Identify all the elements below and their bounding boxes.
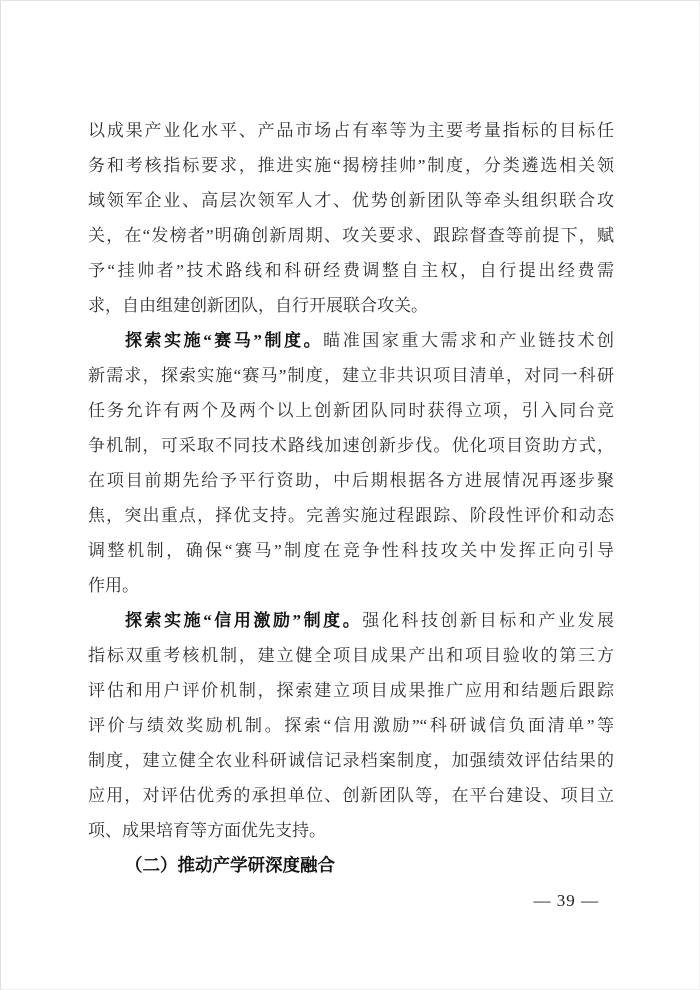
text-line: 求，自由组建创新团队，自行开展联合攻关。 bbox=[88, 288, 614, 323]
paragraph-first-line: 探索实施“信用激励”制度。强化科技创新目标和产业发展 bbox=[88, 603, 614, 638]
text-line: 域领军企业、高层次领军人才、优势创新团队等牵头组织联合攻 bbox=[88, 183, 614, 218]
text-line: 指标双重考核机制，建立健全项目成果产出和项目验收的第三方 bbox=[88, 638, 614, 673]
section-heading: （二）推动产学研深度融合 bbox=[88, 848, 614, 883]
text-line: 应用，对评估优秀的承担单位、创新团队等，在平台建设、项目立 bbox=[88, 778, 614, 813]
text-line: 调整机制，确保“赛马”制度在竞争性科技攻关中发挥正向引导 bbox=[88, 533, 614, 568]
paragraph-lead-rest: 瞄准国家重大需求和产业链技术创 bbox=[323, 331, 614, 350]
text-line: 焦，突出重点，择优支持。完善实施过程跟踪、阶段性评价和动态 bbox=[88, 498, 614, 533]
text-line: 作用。 bbox=[88, 568, 614, 603]
text-line: 予“挂帅者”技术路线和科研经费调整自主权，自行提出经费需 bbox=[88, 253, 614, 288]
text-line: 关，在“发榜者”明确创新周期、攻关要求、跟踪督查等前提下，赋 bbox=[88, 218, 614, 253]
text-line: 务和考核指标要求，推进实施“揭榜挂帅”制度，分类遴选相关领 bbox=[88, 148, 614, 183]
text-line: 项、成果培育等方面优先支持。 bbox=[88, 813, 614, 848]
text-line: 评估和用户评价机制，探索建立项目成果推广应用和结题后跟踪 bbox=[88, 673, 614, 708]
page-number: — 39 — bbox=[534, 889, 600, 913]
paragraph-lead-rest: 强化科技创新目标和产业发展 bbox=[362, 611, 614, 630]
text-line: 新需求，探索实施“赛马”制度，建立非共识项目清单，对同一科研 bbox=[88, 358, 614, 393]
text-line: 在项目前期先给予平行资助，中后期根据各方进展情况再逐步聚 bbox=[88, 463, 614, 498]
text-line: 评价与绩效奖励机制。探索“信用激励”“科研诚信负面清单”等 bbox=[88, 708, 614, 743]
text-line: 制度，建立健全农业科研诚信记录档案制度，加强绩效评估结果的 bbox=[88, 743, 614, 778]
document-page: 以成果产业化水平、产品市场占有率等为主要考量指标的目标任 务和考核指标要求，推进… bbox=[0, 0, 700, 990]
text-line: 以成果产业化水平、产品市场占有率等为主要考量指标的目标任 bbox=[88, 113, 614, 148]
text-block: 以成果产业化水平、产品市场占有率等为主要考量指标的目标任 务和考核指标要求，推进… bbox=[88, 113, 614, 883]
text-line: 争机制，可采取不同技术路线加速创新步伐。优化项目资助方式， bbox=[88, 428, 614, 463]
text-line: 任务允许有两个及两个以上创新团队同时获得立项，引入同台竞 bbox=[88, 393, 614, 428]
paragraph-lead-bold: 探索实施“信用激励”制度。 bbox=[125, 611, 362, 630]
paragraph-first-line: 探索实施“赛马”制度。瞄准国家重大需求和产业链技术创 bbox=[88, 323, 614, 358]
paragraph-lead-bold: 探索实施“赛马”制度。 bbox=[125, 331, 323, 350]
